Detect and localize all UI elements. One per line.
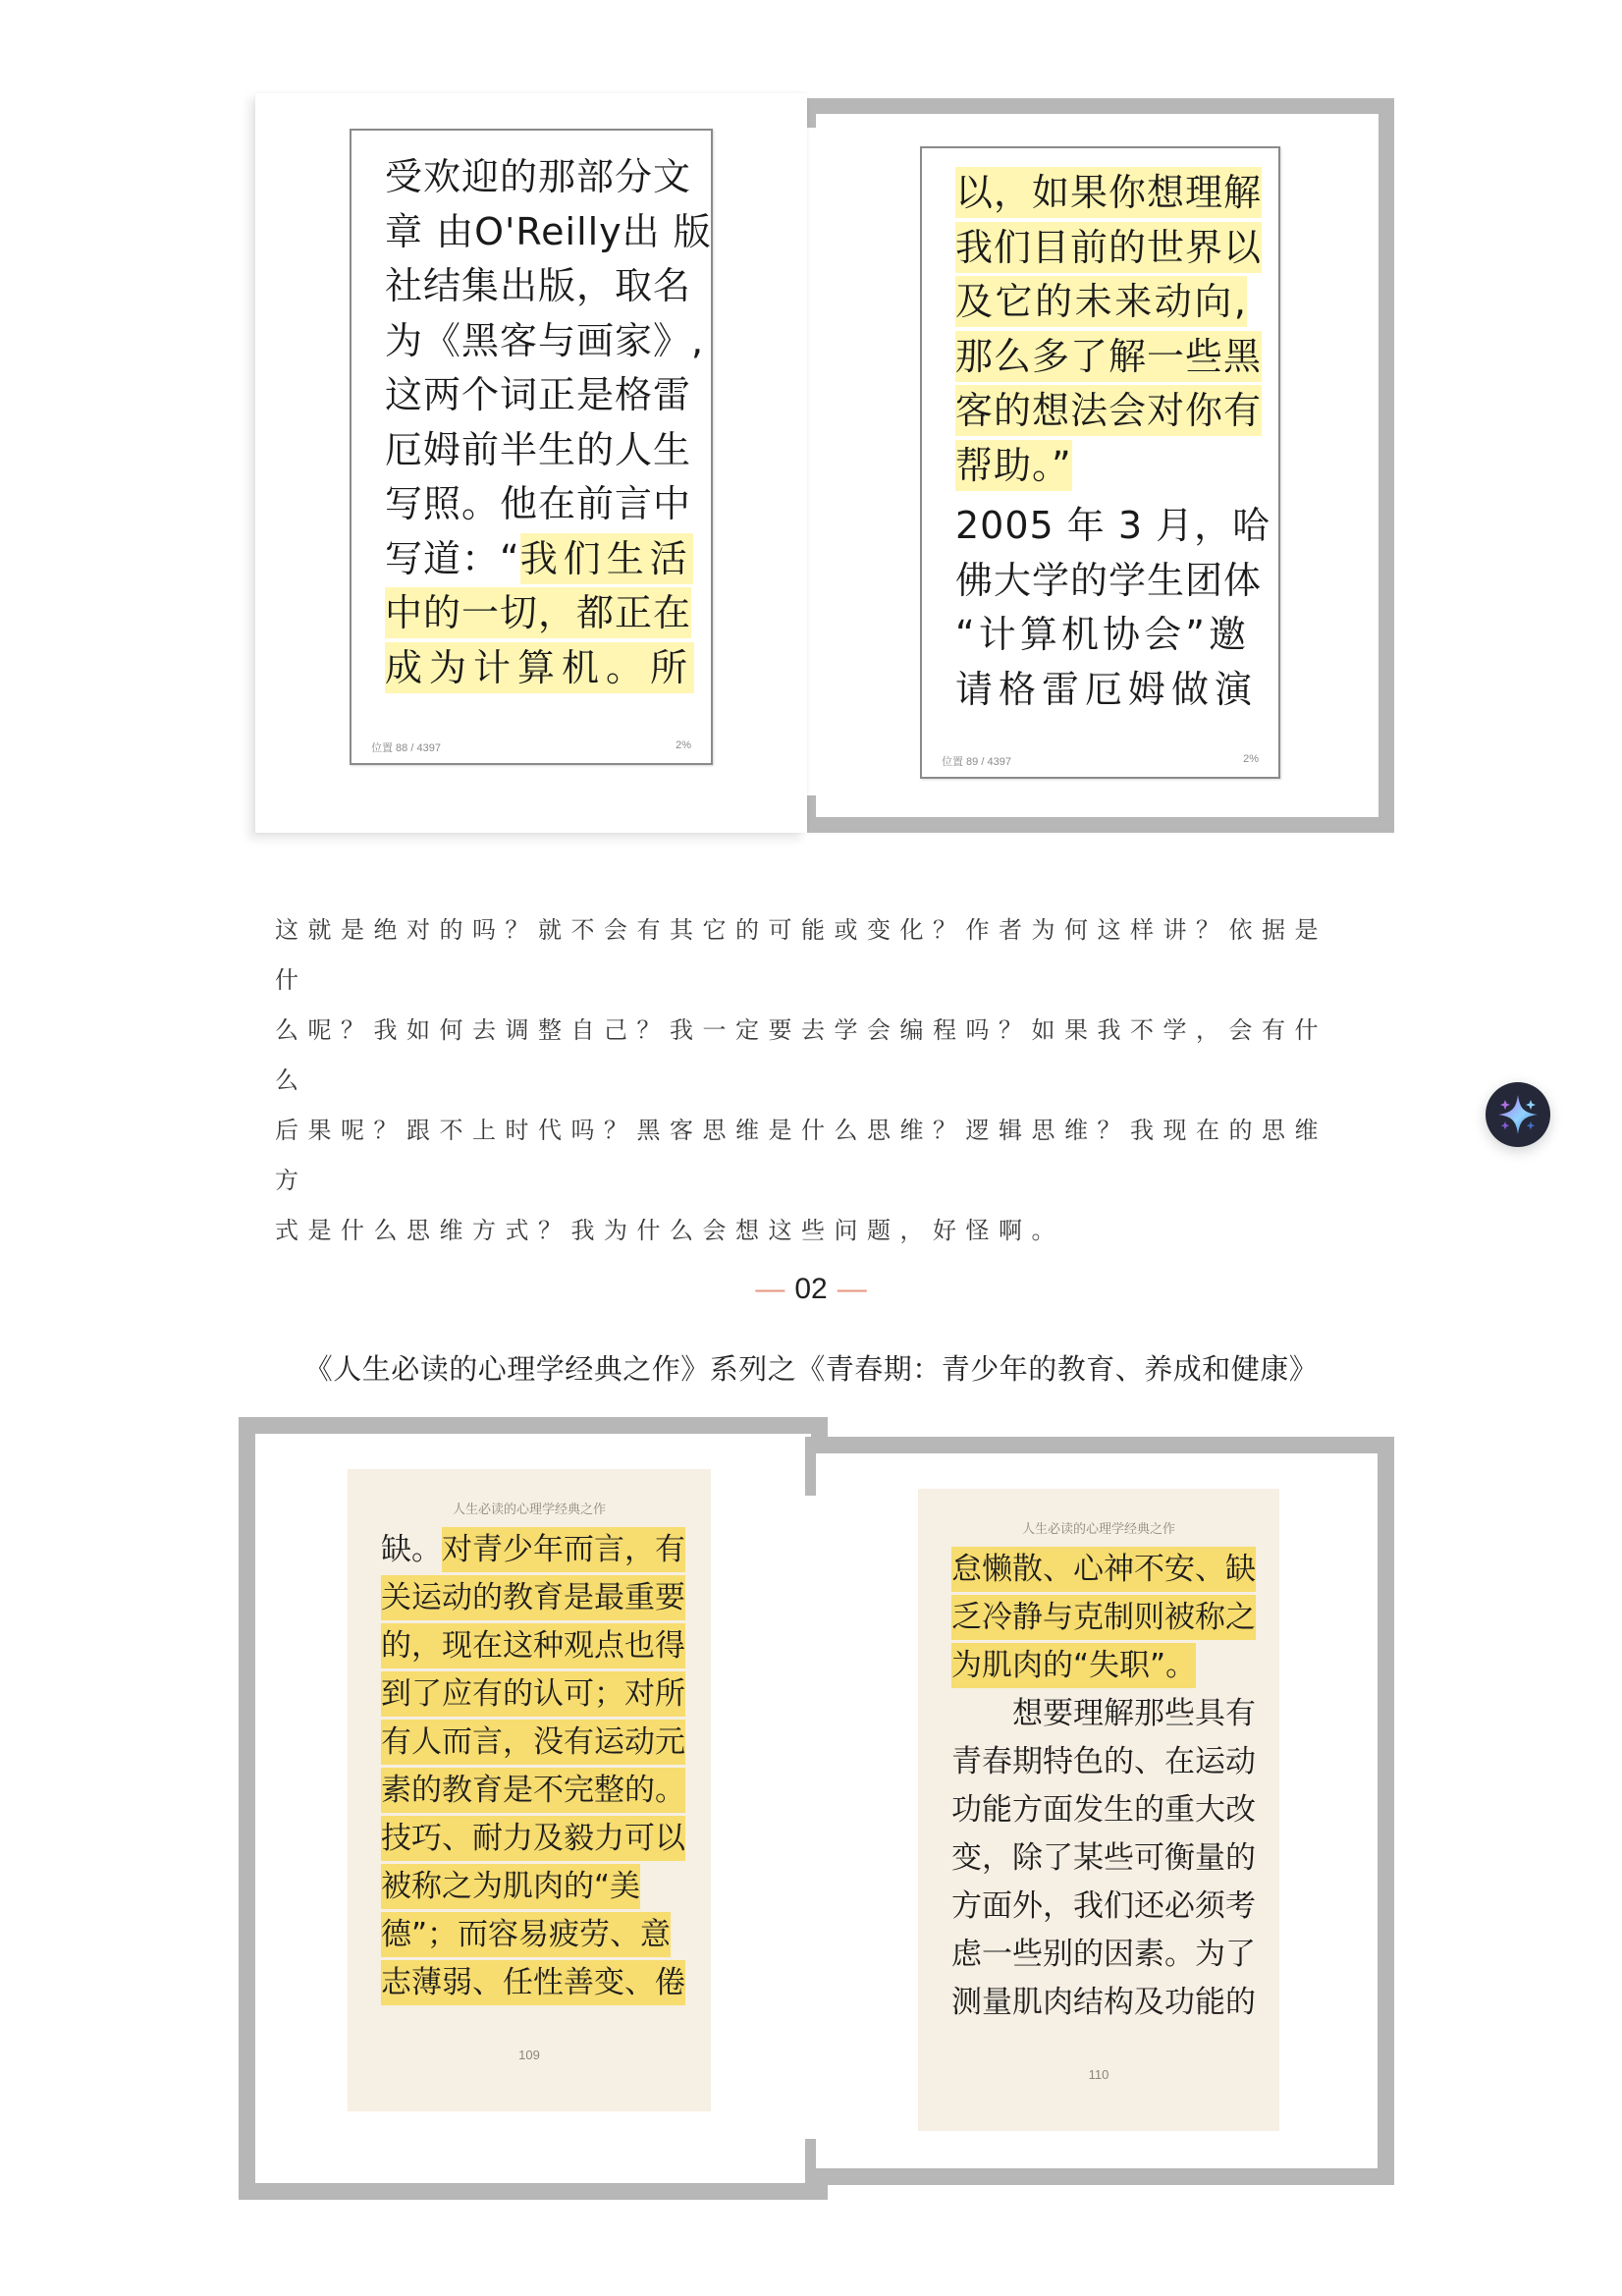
text-line: 想要理解那些具有 <box>951 1690 1246 1738</box>
text-line: 到了应有的认可；对所 <box>381 1670 677 1719</box>
highlighted-text: 技巧、耐力及毅力可以 <box>381 1816 685 1861</box>
text-line: 为肌肉的“失职”。 <box>951 1642 1246 1690</box>
highlighted-text: 以，如果你想理解 <box>955 167 1262 218</box>
paragraph-line: 式是什么思维方式？我为什么会想这些问题，好怪啊。 <box>275 1206 1355 1256</box>
text-line: “计算机协会”邀 <box>955 608 1247 663</box>
text-line: 的，现在这种观点也得 <box>381 1622 677 1670</box>
frame-corner-decoration <box>805 2139 816 2185</box>
text-line: 帮助。” <box>955 439 1247 494</box>
book-page-left: 人生必读的心理学经典之作 缺。对青少年而言，有 关运动的教育是最重要 的，现在这… <box>348 1469 711 2111</box>
text-line: 写照。他在前言中 <box>385 477 679 532</box>
text-line: 那么多了解一些黑 <box>955 330 1247 385</box>
paragraph-line: 这就是绝对的吗？就不会有其它的可能或变化？作者为何这样讲？依据是什 <box>275 905 1355 1006</box>
kindle-page-left: 受欢迎的那部分文 章 由O'Reilly出 版 社结集出版，取名 为《黑客与画家… <box>350 129 713 765</box>
text-line: 受欢迎的那部分文 <box>385 150 679 205</box>
text-line: 变，除了某些可衡量的 <box>951 1834 1246 1883</box>
text-line: 青春期特色的、在运动 <box>951 1738 1246 1786</box>
section-number: —02— <box>0 1273 1622 1306</box>
highlighted-text: 帮助。” <box>955 440 1072 491</box>
text-line: 方面外，我们还必须考 <box>951 1883 1246 1931</box>
text-line: 2005 年 3 月，哈 <box>955 499 1247 554</box>
page-text: 怠懒散、心神不安、缺 乏冷静与克制则被称之 为肌肉的“失职”。 想要理解那些具有… <box>951 1546 1246 2027</box>
page-number: 109 <box>348 2048 711 2062</box>
page-footer: 位置 88 / 4397 2% <box>371 739 691 755</box>
highlighted-text: 成为计算机。所 <box>385 642 694 693</box>
highlighted-text: 的，现在这种观点也得 <box>381 1623 685 1668</box>
highlighted-text: 及它的未来动向, <box>955 276 1247 327</box>
sparkle-icon <box>1494 1091 1541 1138</box>
text-line: 为《黑客与画家》, <box>385 314 679 369</box>
kindle-page-right: 以，如果你想理解 我们目前的世界以 及它的未来动向, 那么多了解一些黑 客的想法… <box>920 146 1280 779</box>
highlighted-text: 素的教育是不完整的。 <box>381 1768 685 1813</box>
ai-assistant-button[interactable] <box>1486 1082 1550 1147</box>
text-line: 写道：“我们生活 <box>385 532 679 587</box>
text-line: 客的想法会对你有 <box>955 384 1247 439</box>
text-line: 及它的未来动向, <box>955 275 1247 330</box>
text-line: 素的教育是不完整的。 <box>381 1767 677 1815</box>
highlighted-text: 我们生活 <box>520 533 693 584</box>
text-line: 这两个词正是格雷 <box>385 368 679 423</box>
text-line: 被称之为肌肉的“美 <box>381 1863 677 1911</box>
text-line: 虑一些别的因素。为了 <box>951 1931 1246 1979</box>
text-line: 测量肌肉结构及功能的 <box>951 1979 1246 2027</box>
frame-corner-decoration <box>805 1437 816 1496</box>
text-line: 乏冷静与克制则被称之 <box>951 1594 1246 1642</box>
highlighted-text: 德”；而容易疲劳、意 <box>381 1912 671 1957</box>
highlighted-text: 那么多了解一些黑 <box>955 331 1262 382</box>
book-page-right: 人生必读的心理学经典之作 怠懒散、心神不安、缺 乏冷静与克制则被称之 为肌肉的“… <box>918 1489 1279 2131</box>
paragraph-line: 么呢？我如何去调整自己？我一定要去学会编程吗？如果我不学，会有什么 <box>275 1006 1355 1106</box>
text-line: 我们目前的世界以 <box>955 221 1247 276</box>
text-line: 以，如果你想理解 <box>955 166 1247 221</box>
highlighted-text: 对青少年而言，有 <box>442 1527 685 1572</box>
text-line: 功能方面发生的重大改 <box>951 1786 1246 1834</box>
section-title: 《人生必读的心理学经典之作》系列之《青春期：青少年的教育、养成和健康》 <box>0 1347 1622 1388</box>
text-line: 德”；而容易疲劳、意 <box>381 1911 677 1959</box>
reading-percent: 2% <box>676 739 691 755</box>
reading-location: 位置 88 / 4397 <box>371 739 441 755</box>
text-line: 有人而言，没有运动元 <box>381 1719 677 1767</box>
page-text: 以，如果你想理解 我们目前的世界以 及它的未来动向, 那么多了解一些黑 客的想法… <box>955 166 1247 717</box>
highlighted-text: 乏冷静与克制则被称之 <box>951 1595 1256 1640</box>
highlighted-text: 到了应有的认可；对所 <box>381 1671 685 1717</box>
text-line: 中的一切，都正在 <box>385 586 679 641</box>
decorative-dash: — <box>755 1273 784 1305</box>
book-title-header: 人生必读的心理学经典之作 <box>348 1499 711 1517</box>
text-line: 技巧、耐力及毅力可以 <box>381 1815 677 1863</box>
highlighted-text: 志薄弱、任性善变、倦 <box>381 1960 685 2005</box>
book-title-header: 人生必读的心理学经典之作 <box>918 1518 1279 1537</box>
highlighted-text: 中的一切，都正在 <box>385 587 691 638</box>
text-line: 社结集出版，取名 <box>385 259 679 314</box>
text-line: 志薄弱、任性善变、倦 <box>381 1959 677 2007</box>
highlighted-text: 有人而言，没有运动元 <box>381 1720 685 1765</box>
highlighted-text: 怠懒散、心神不安、缺 <box>951 1547 1256 1592</box>
page-number: 110 <box>918 2067 1279 2082</box>
text-line: 佛大学的学生团体 <box>955 554 1247 609</box>
highlighted-text: 关运动的教育是最重要 <box>381 1575 685 1620</box>
paragraph-line: 后果呢？跟不上时代吗？黑客思维是什么思维？逻辑思维？我现在的思维方 <box>275 1106 1355 1206</box>
text-line: 怠懒散、心神不安、缺 <box>951 1546 1246 1594</box>
text-line: 厄姆前半生的人生 <box>385 423 679 478</box>
reflection-paragraph: 这就是绝对的吗？就不会有其它的可能或变化？作者为何这样讲？依据是什 么呢？我如何… <box>275 905 1355 1256</box>
reading-location: 位置 89 / 4397 <box>942 753 1011 769</box>
page-text: 缺。对青少年而言，有 关运动的教育是最重要 的，现在这种观点也得 到了应有的认可… <box>381 1526 677 2007</box>
decorative-dash: — <box>838 1273 867 1305</box>
text-line: 成为计算机。所 <box>385 641 679 696</box>
highlighted-text: 我们目前的世界以 <box>955 222 1262 273</box>
page-footer: 位置 89 / 4397 2% <box>942 753 1259 769</box>
text-line: 缺。对青少年而言，有 <box>381 1526 677 1574</box>
highlighted-text: 客的想法会对你有 <box>955 385 1262 436</box>
highlighted-text: 为肌肉的“失职”。 <box>951 1643 1196 1688</box>
text-line: 章 由O'Reilly出 版 <box>385 205 679 260</box>
text-line: 关运动的教育是最重要 <box>381 1574 677 1622</box>
highlighted-text: 被称之为肌肉的“美 <box>381 1864 640 1909</box>
text-line: 请格雷厄姆做演 <box>955 663 1247 718</box>
reading-percent: 2% <box>1243 753 1259 769</box>
page-text: 受欢迎的那部分文 章 由O'Reilly出 版 社结集出版，取名 为《黑客与画家… <box>385 150 679 695</box>
